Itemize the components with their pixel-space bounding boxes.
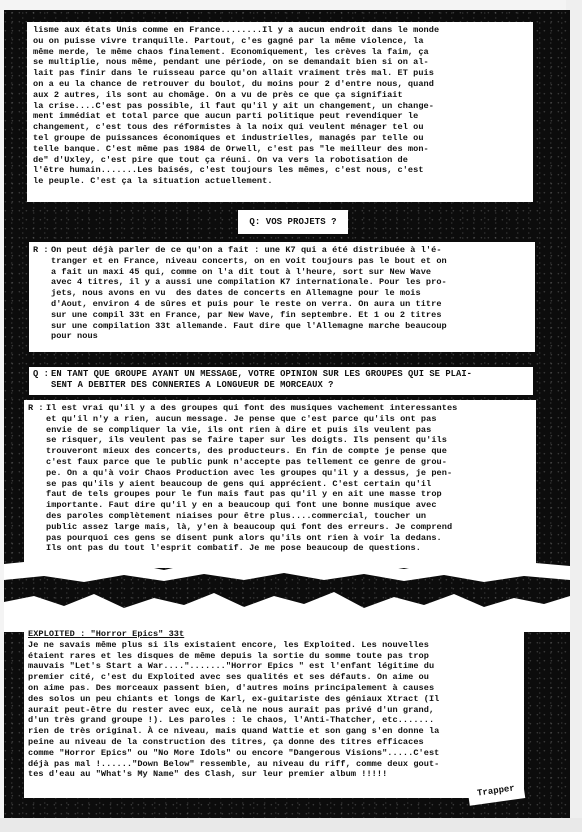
text-line: SENT A DEBITER DES CONNERIES A LONGUEUR … — [33, 380, 529, 391]
zine-page: lisme aux états Unis comme en France....… — [4, 10, 570, 818]
text-line: tranger et en France, niveau concerts, o… — [33, 256, 531, 267]
text-line: envie de se compliquer la vie, ils ont r… — [28, 425, 532, 436]
line-text: c'est faux parce que le public punk n'ac… — [46, 457, 447, 467]
line-text: se risquer, ils veulent pas se faire tap… — [46, 435, 447, 445]
answer-1-block: R :On peut déjà parler de ce qu'on a fai… — [29, 242, 535, 352]
review-block: EXPLOITED : "Horror Epics" 33tJe ne sava… — [24, 626, 524, 798]
line-text: le peuple. C'est ça la situation actuell… — [33, 176, 273, 186]
line-text: sur une compilation 33t allemande. Faut … — [51, 321, 447, 331]
text-line: changement, c'est tous des réformistes à… — [33, 122, 527, 133]
text-line: lait pas finir dans le ruisseau parce qu… — [33, 68, 527, 79]
text-line: lisme aux états Unis comme en France....… — [33, 25, 527, 36]
line-text: d'Aout, environ 4 de sûres et puis pour … — [51, 299, 442, 309]
line-text: peine au niveau de la construction des t… — [28, 737, 424, 747]
text-line: d'un très grand groupe !). Les paroles :… — [28, 715, 520, 726]
text-line: premier cité, c'est du Exploited avec se… — [28, 672, 520, 683]
text-line: sur une compilation 33t allemande. Faut … — [33, 321, 531, 332]
prefix-label: R : — [28, 403, 46, 414]
text-line: tes d'eau au "What's My Name" des Clash,… — [28, 769, 520, 780]
text-line: mauvais "Let's Start a War...."......."H… — [28, 661, 520, 672]
text-line: on a eu la chance de retrouver du boulot… — [33, 79, 527, 90]
line-text: la crise....C'est pas possible, il faut … — [33, 101, 434, 111]
line-text: SENT A DEBITER DES CONNERIES A LONGUEUR … — [51, 380, 333, 390]
line-text: se pas qu'ils y aient beaucoup de gens q… — [46, 479, 431, 489]
line-text: telle banque. C'est même pas 1984 de Orw… — [33, 144, 429, 154]
text-line: le peuple. C'est ça la situation actuell… — [33, 176, 527, 187]
question-1-heading: Q: VOS PROJETS ? — [238, 210, 348, 234]
text-line: Ils ont pas du tout l'esprit combatif. J… — [28, 543, 532, 554]
line-text: tes d'eau au "What's My Name" des Clash,… — [28, 769, 387, 779]
line-text: étaient rares et les disques de même dep… — [28, 651, 429, 661]
text-line: d'Aout, environ 4 de sûres et puis pour … — [33, 299, 531, 310]
text-line: comme "Horror Epics" ou "No More Idols" … — [28, 748, 520, 759]
text-line: déjà pas mal !......"Down Below" ressemb… — [28, 759, 520, 770]
text-line: des paroles complètement niaises pour êt… — [28, 511, 532, 522]
text-line: jets, nous avons en vu des dates de conc… — [33, 288, 531, 299]
text-line: peine au niveau de la construction des t… — [28, 737, 520, 748]
line-text: comme "Horror Epics" ou "No More Idols" … — [28, 748, 439, 758]
question-2-heading: Q :EN TANT QUE GROUPE AYANT UN MESSAGE, … — [29, 367, 533, 395]
line-text: pe. On a qu'à voir Chaos Production avec… — [46, 468, 452, 478]
text-line: rien de très original. À ce niveau, mais… — [28, 726, 520, 737]
text-line: c'est faux parce que le public punk n'ac… — [28, 457, 532, 468]
line-text: lisme aux états Unis comme en France....… — [33, 25, 439, 35]
line-text: a fait un maxi 45 qui, comme on l'a dit … — [51, 267, 431, 277]
text-line: aurait peut-être du rester avec eux, cel… — [28, 705, 520, 716]
text-line: se pas qu'ils y aient beaucoup de gens q… — [28, 479, 532, 490]
text-line: l'être humain.......Les baisés, c'est to… — [33, 165, 527, 176]
text-line: se risquer, ils veulent pas se faire tap… — [28, 435, 532, 446]
line-text: des solos un peu chiants et longs de Kar… — [28, 694, 439, 704]
line-text: trouveront mieux des concerts, des produ… — [46, 446, 447, 456]
line-text: Il est vrai qu'il y a des groupes qui fo… — [46, 403, 457, 413]
text-line: on aime pas. Des morceaux passent bien, … — [28, 683, 520, 694]
line-text: pas pourquoi ces gens se disent punk alo… — [46, 533, 442, 543]
line-text: EN TANT QUE GROUPE AYANT UN MESSAGE, VOT… — [51, 369, 472, 379]
page-margin-bottom — [0, 818, 582, 832]
line-text: des paroles complètement niaises pour êt… — [46, 511, 426, 521]
text-line: la crise....C'est pas possible, il faut … — [33, 101, 527, 112]
text-line: des solos un peu chiants et longs de Kar… — [28, 694, 520, 705]
text-line: importante. Faut dire qu'il y en a beauc… — [28, 500, 532, 511]
text-line: R :Il est vrai qu'il y a des groupes qui… — [28, 403, 532, 414]
line-text: se multiplie, nous même, pendant une pér… — [33, 57, 429, 67]
line-text: faut de tels groupes pour le fun mais fa… — [46, 489, 442, 499]
text-line: de" d'Uxley, c'est pire que tout ça réun… — [33, 155, 527, 166]
text-line: Je ne savais même plus si ils existaient… — [28, 640, 520, 651]
text-line: et qu'il n'y a rien, aucun message. Je p… — [28, 414, 532, 425]
answer-2-block: R :Il est vrai qu'il y a des groupes qui… — [24, 400, 536, 568]
text-line: se multiplie, nous même, pendant une pér… — [33, 57, 527, 68]
line-text: tel groupe de puissances économiques et … — [33, 133, 424, 143]
line-text: pour nous — [51, 331, 98, 341]
text-line: trouveront mieux des concerts, des produ… — [28, 446, 532, 457]
text-line: avec 4 titres, il y a aussi une compilat… — [33, 277, 531, 288]
line-text: l'être humain.......Les baisés, c'est to… — [33, 165, 424, 175]
line-text: déjà pas mal !......"Down Below" ressemb… — [28, 759, 439, 769]
text-line: ment immédiat et total parce que aucun p… — [33, 111, 527, 122]
line-text: mauvais "Let's Start a War...."......."H… — [28, 661, 434, 671]
text-line: sur une compil 33t en France, par New Wa… — [33, 310, 531, 321]
line-text: changement, c'est tous des réformistes à… — [33, 122, 424, 132]
text-line: même merde, le même chaos finalement. Ec… — [33, 47, 527, 58]
line-text: on aime pas. Des morceaux passent bien, … — [28, 683, 434, 693]
text-line: telle banque. C'est même pas 1984 de Orw… — [33, 144, 527, 155]
line-text: Ils ont pas du tout l'esprit combatif. J… — [46, 543, 421, 553]
line-text: public assez large mais, là, y'en à beau… — [46, 522, 452, 532]
line-text: ment immédiat et total parce que aucun p… — [33, 111, 418, 121]
text-line: pour nous — [33, 331, 531, 342]
text-line: pas pourquoi ces gens se disent punk alo… — [28, 533, 532, 544]
line-text: de" d'Uxley, c'est pire que tout ça réun… — [33, 155, 408, 165]
text-line: R :On peut déjà parler de ce qu'on a fai… — [33, 245, 531, 256]
line-text: jets, nous avons en vu des dates de conc… — [51, 288, 421, 298]
torn-paper-divider — [4, 558, 570, 632]
line-text: aurait peut-être du rester avec eux, cel… — [28, 705, 434, 715]
line-text: même merde, le même chaos finalement. Ec… — [33, 47, 429, 57]
line-text: avec 4 titres, il y a aussi une compilat… — [51, 277, 447, 287]
text-line: tel groupe de puissances économiques et … — [33, 133, 527, 144]
intro-text-block: lisme aux états Unis comme en France....… — [27, 22, 533, 202]
line-text: rien de très original. À ce niveau, mais… — [28, 726, 439, 736]
line-text: tranger et en France, niveau concerts, o… — [51, 256, 447, 266]
line-text: sur une compil 33t en France, par New Wa… — [51, 310, 442, 320]
review-heading: EXPLOITED : "Horror Epics" 33t — [28, 629, 520, 640]
line-text: aux 2 autres, ils sont au chomâge. On a … — [33, 90, 403, 100]
line-text: importante. Faut dire qu'il y en a beauc… — [46, 500, 437, 510]
line-text: premier cité, c'est du Exploited avec se… — [28, 672, 429, 682]
line-text: d'un très grand groupe !). Les paroles :… — [28, 715, 434, 725]
line-text: envie de se compliquer la vie, ils ont r… — [46, 425, 431, 435]
line-text: et qu'il n'y a rien, aucun message. Je p… — [46, 414, 437, 424]
text-line: aux 2 autres, ils sont au chomâge. On a … — [33, 90, 527, 101]
text-line: étaient rares et les disques de même dep… — [28, 651, 520, 662]
prefix-label: Q : — [33, 369, 51, 380]
line-text: Je ne savais même plus si ils existaient… — [28, 640, 429, 650]
prefix-label: R : — [33, 245, 51, 256]
text-line: pe. On a qu'à voir Chaos Production avec… — [28, 468, 532, 479]
line-text: On peut déjà parler de ce qu'on a fait :… — [51, 245, 442, 255]
text-line: faut de tels groupes pour le fun mais fa… — [28, 489, 532, 500]
line-text: on a eu la chance de retrouver du boulot… — [33, 79, 434, 89]
text-line: ou on puisse vivre tranquille. Partout, … — [33, 36, 527, 47]
line-text: lait pas finir dans le ruisseau parce qu… — [33, 68, 434, 78]
line-text: ou on puisse vivre tranquille. Partout, … — [33, 36, 424, 46]
text-line: Q :EN TANT QUE GROUPE AYANT UN MESSAGE, … — [33, 369, 529, 380]
text-line: a fait un maxi 45 qui, comme on l'a dit … — [33, 267, 531, 278]
text-line: public assez large mais, là, y'en à beau… — [28, 522, 532, 533]
